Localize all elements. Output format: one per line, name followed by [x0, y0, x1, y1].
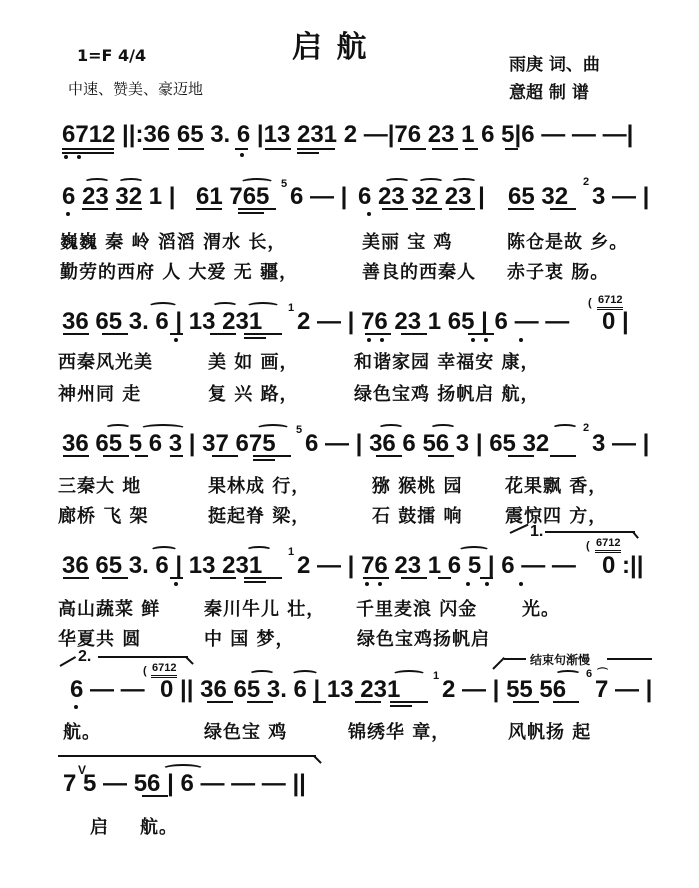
ritardando-line — [504, 658, 526, 660]
lyric-verse1-c: 千里麦浪 闪金 — [356, 595, 477, 621]
underline — [376, 455, 402, 457]
notation-c: 6 — | — [290, 183, 347, 211]
underline — [428, 455, 454, 457]
lyric-b: 绿色宝 鸡 — [204, 718, 287, 744]
slur — [451, 178, 477, 186]
underline — [102, 577, 128, 579]
lyric-verse1-b: 美 如 画， — [208, 348, 299, 374]
lyric-verse1-b: 美丽 宝 鸡 — [362, 228, 453, 254]
low-octave-dot — [64, 155, 68, 159]
underline — [416, 208, 442, 210]
lyricist-composer: 雨庚 词、曲 — [509, 50, 600, 75]
underline — [238, 212, 264, 214]
notation-b: 61 765 — [196, 183, 269, 211]
underline — [355, 701, 381, 703]
slur — [555, 670, 581, 678]
notation-b: 6 — | 36 6 56 3 | 65 32 — [305, 430, 549, 458]
key-time-signature: 1=F 4/4 — [77, 46, 146, 65]
underline — [265, 148, 291, 150]
volta-bracket — [632, 531, 639, 538]
slur — [291, 670, 319, 679]
lyric-verse1-a: 三秦大 地 — [58, 472, 141, 498]
grace-note: 2 — [583, 422, 589, 434]
underline — [207, 701, 233, 703]
slur — [458, 546, 490, 555]
underline — [550, 455, 576, 457]
lyric-verse1-a: 巍巍 秦 岭 滔滔 渭水 长， — [60, 228, 286, 254]
lyric-verse1-b: 秦川牛儿 壮， — [204, 595, 325, 621]
underline — [82, 208, 108, 210]
lyric-a: 启 — [90, 813, 109, 839]
underline — [553, 701, 579, 703]
ritardando-line — [607, 658, 652, 660]
underline — [468, 333, 494, 335]
slur — [418, 178, 444, 186]
notation-b: 2 — | 76 23 1 6 5 | 6 — — — [297, 552, 576, 580]
volta-1-label: 1. — [530, 523, 543, 541]
underline — [63, 333, 89, 335]
underline — [235, 148, 248, 150]
lyric-a: 航。 — [63, 718, 101, 744]
notation-b: 2 — | 76 23 1 65 | 6 — — — [297, 308, 569, 336]
underline — [142, 795, 168, 797]
slur — [378, 424, 404, 432]
underline — [313, 701, 326, 703]
slur — [162, 764, 204, 774]
lyric-verse1-d: 光。 — [522, 595, 560, 621]
underline — [550, 208, 576, 210]
song-title: 启 航 — [292, 22, 368, 66]
slur — [105, 424, 131, 432]
volta-bracket — [60, 656, 77, 667]
underline — [465, 148, 478, 150]
underline — [62, 148, 114, 150]
lyric-verse2-b: 善良的西秦人 — [362, 258, 476, 284]
underline — [244, 337, 266, 339]
lyric-verse2-c: 石 鼓擂 响 — [372, 502, 463, 528]
slur — [249, 670, 275, 678]
underline — [247, 701, 273, 703]
volta-bracket — [185, 656, 193, 664]
lyric-b: 航。 — [140, 813, 178, 839]
underline — [102, 333, 128, 335]
grace-note: 2 — [583, 176, 589, 188]
underline — [170, 333, 183, 335]
lyric-verse2-d: 震惊四 方， — [505, 502, 607, 528]
slur — [240, 178, 274, 187]
low-octave-dot — [174, 582, 178, 586]
slur — [552, 424, 578, 432]
low-octave-dot — [378, 582, 382, 586]
grace-note: 5 — [296, 424, 302, 436]
volta-bracket — [98, 656, 188, 658]
slur — [140, 424, 186, 433]
notation-line-1: 6712 ||:36 65 3. 6 |13 231 2 —|76 23 1 6… — [62, 121, 633, 149]
underline — [508, 208, 534, 210]
arranger: 意超 制 谱 — [509, 78, 589, 103]
low-octave-dot — [77, 155, 81, 159]
underline — [244, 581, 266, 583]
underline — [401, 577, 427, 579]
slur — [212, 302, 238, 310]
notation-f: 3 — | — [592, 183, 649, 211]
notation-a: 6 23 32 1 | — [62, 183, 175, 211]
lyric-verse1-c: 和谐家园 幸福安 康， — [354, 348, 540, 374]
lyric-verse1-a: 高山蔬菜 鲜 — [58, 595, 160, 621]
underline — [449, 208, 475, 210]
low-octave-dot — [74, 705, 78, 709]
low-octave-dot — [365, 582, 369, 586]
notation-c: 3 — | — [592, 430, 649, 458]
underline — [244, 577, 282, 579]
grace-note: 1 — [288, 546, 294, 558]
slur — [256, 424, 290, 433]
lyric-verse2-c: 绿色宝鸡 扬帆启 航， — [354, 380, 540, 406]
volta-bracket — [545, 531, 635, 533]
underline — [595, 550, 621, 551]
low-octave-dot — [466, 582, 470, 586]
lyric-verse2-a: 勤劳的西府 人 大爱 无 疆， — [60, 258, 298, 284]
notation-a: 36 65 3. 6 | 13 231 — [62, 308, 262, 336]
underline — [400, 148, 426, 150]
pickup-paren: ( — [143, 665, 147, 677]
low-octave-dot — [485, 582, 489, 586]
underline — [401, 333, 427, 335]
lyric-verse2-a: 廊桥 飞 架 — [58, 502, 149, 528]
underline — [253, 455, 291, 457]
underline — [116, 208, 142, 210]
underline — [170, 455, 183, 457]
low-octave-dot — [66, 212, 70, 216]
underline — [508, 455, 534, 457]
underline — [196, 208, 222, 210]
slur — [246, 302, 280, 311]
low-octave-dot — [471, 338, 475, 342]
lyric-verse2-c: 赤子衷 肠。 — [507, 258, 609, 284]
low-octave-dot — [240, 153, 244, 157]
slur — [84, 178, 110, 186]
notation-c: 2 — | 55 56 — [442, 676, 566, 704]
underline — [382, 208, 408, 210]
notation-e: 65 32 — [508, 183, 568, 211]
underline — [513, 701, 539, 703]
underline — [253, 459, 275, 461]
slur — [118, 178, 144, 186]
low-octave-dot — [380, 338, 384, 342]
notation-b: 0 || 36 65 3. 6 | 13 231 — [160, 676, 400, 704]
lyric-verse2-c: 绿色宝鸡扬帆启 — [357, 625, 490, 651]
underline — [363, 577, 389, 579]
underline — [178, 148, 204, 150]
notation: 7 5 — 56 | 6 — — — || — [63, 770, 306, 798]
lyric-verse2-b: 复 兴 路， — [208, 380, 299, 406]
lyric-verse1-c: 陈仓是故 乡。 — [507, 228, 628, 254]
low-octave-dot — [519, 582, 523, 586]
underline — [432, 148, 458, 150]
slur — [430, 424, 456, 432]
underline — [170, 577, 183, 579]
lyric-verse2-b: 中 国 梦， — [204, 625, 295, 651]
grace-note: 5 — [281, 178, 287, 190]
lyric-verse1-c: 猕 猴桃 园 — [372, 472, 463, 498]
notation-d: 7 — | — [595, 676, 652, 704]
underline — [62, 152, 114, 154]
grace-note: 1 — [288, 302, 294, 314]
notation-c: 0 :|| — [602, 552, 643, 580]
lyric-verse1-d: 花果飘 香， — [505, 472, 607, 498]
underline — [135, 455, 148, 457]
underline — [63, 455, 89, 457]
notation-d: 6 23 32 23 | — [358, 183, 485, 211]
underline — [480, 577, 493, 579]
underline — [238, 208, 276, 210]
slur — [384, 178, 410, 186]
grace-note: 1 — [433, 670, 439, 682]
slur — [148, 302, 178, 311]
underline — [297, 148, 335, 150]
slur — [246, 546, 272, 554]
lyric-d: 风帆扬 起 — [508, 718, 591, 744]
notation-a: 36 65 5 6 3 | 37 675 — [62, 430, 276, 458]
notation-c: 0 | — [602, 308, 629, 336]
lyric-verse2-a: 神州同 走 — [58, 380, 141, 406]
tempo-expression: 中速、赞美、豪迈地 — [68, 78, 203, 99]
lyric-verse1-b: 果林成 行， — [208, 472, 310, 498]
low-octave-dot — [174, 338, 178, 342]
underline — [297, 152, 319, 154]
underline — [143, 148, 169, 150]
underline — [63, 577, 89, 579]
underline — [390, 701, 428, 703]
underline — [244, 333, 282, 335]
low-octave-dot — [519, 338, 523, 342]
underline — [390, 705, 412, 707]
low-octave-dot — [367, 212, 371, 216]
pickup-notes: 6712 — [598, 294, 622, 306]
underline — [365, 333, 391, 335]
coda-bracket — [313, 755, 321, 763]
pickup-notes: 6712 — [596, 537, 620, 549]
low-octave-dot — [484, 338, 488, 342]
coda-bracket — [58, 755, 316, 757]
underline — [210, 577, 236, 579]
pickup-paren: ( — [586, 540, 590, 552]
lyric-c: 锦绣华 章， — [348, 718, 450, 744]
lyric-verse2-a: 华夏共 圆 — [58, 625, 141, 651]
grace-note: 6 — [586, 668, 592, 680]
underline — [438, 577, 451, 579]
pickup-notes: 6712 — [152, 662, 176, 674]
volta-2-label: 2. — [78, 648, 91, 666]
notation-a: 36 65 3. 6 | 13 231 — [62, 552, 262, 580]
low-octave-dot — [367, 338, 371, 342]
slur — [150, 546, 178, 555]
lyric-verse1-a: 西秦风光美 — [58, 348, 153, 374]
lyric-verse2-b: 挺起脊 梁， — [208, 502, 310, 528]
underline — [210, 333, 236, 335]
ritardando-label: 结束句渐慢 — [530, 651, 590, 668]
notation-a: 6 — — — [70, 676, 145, 704]
slur — [392, 670, 426, 679]
underline — [212, 455, 238, 457]
pickup-paren: ( — [588, 297, 592, 309]
underline — [505, 148, 518, 150]
underline — [103, 455, 129, 457]
